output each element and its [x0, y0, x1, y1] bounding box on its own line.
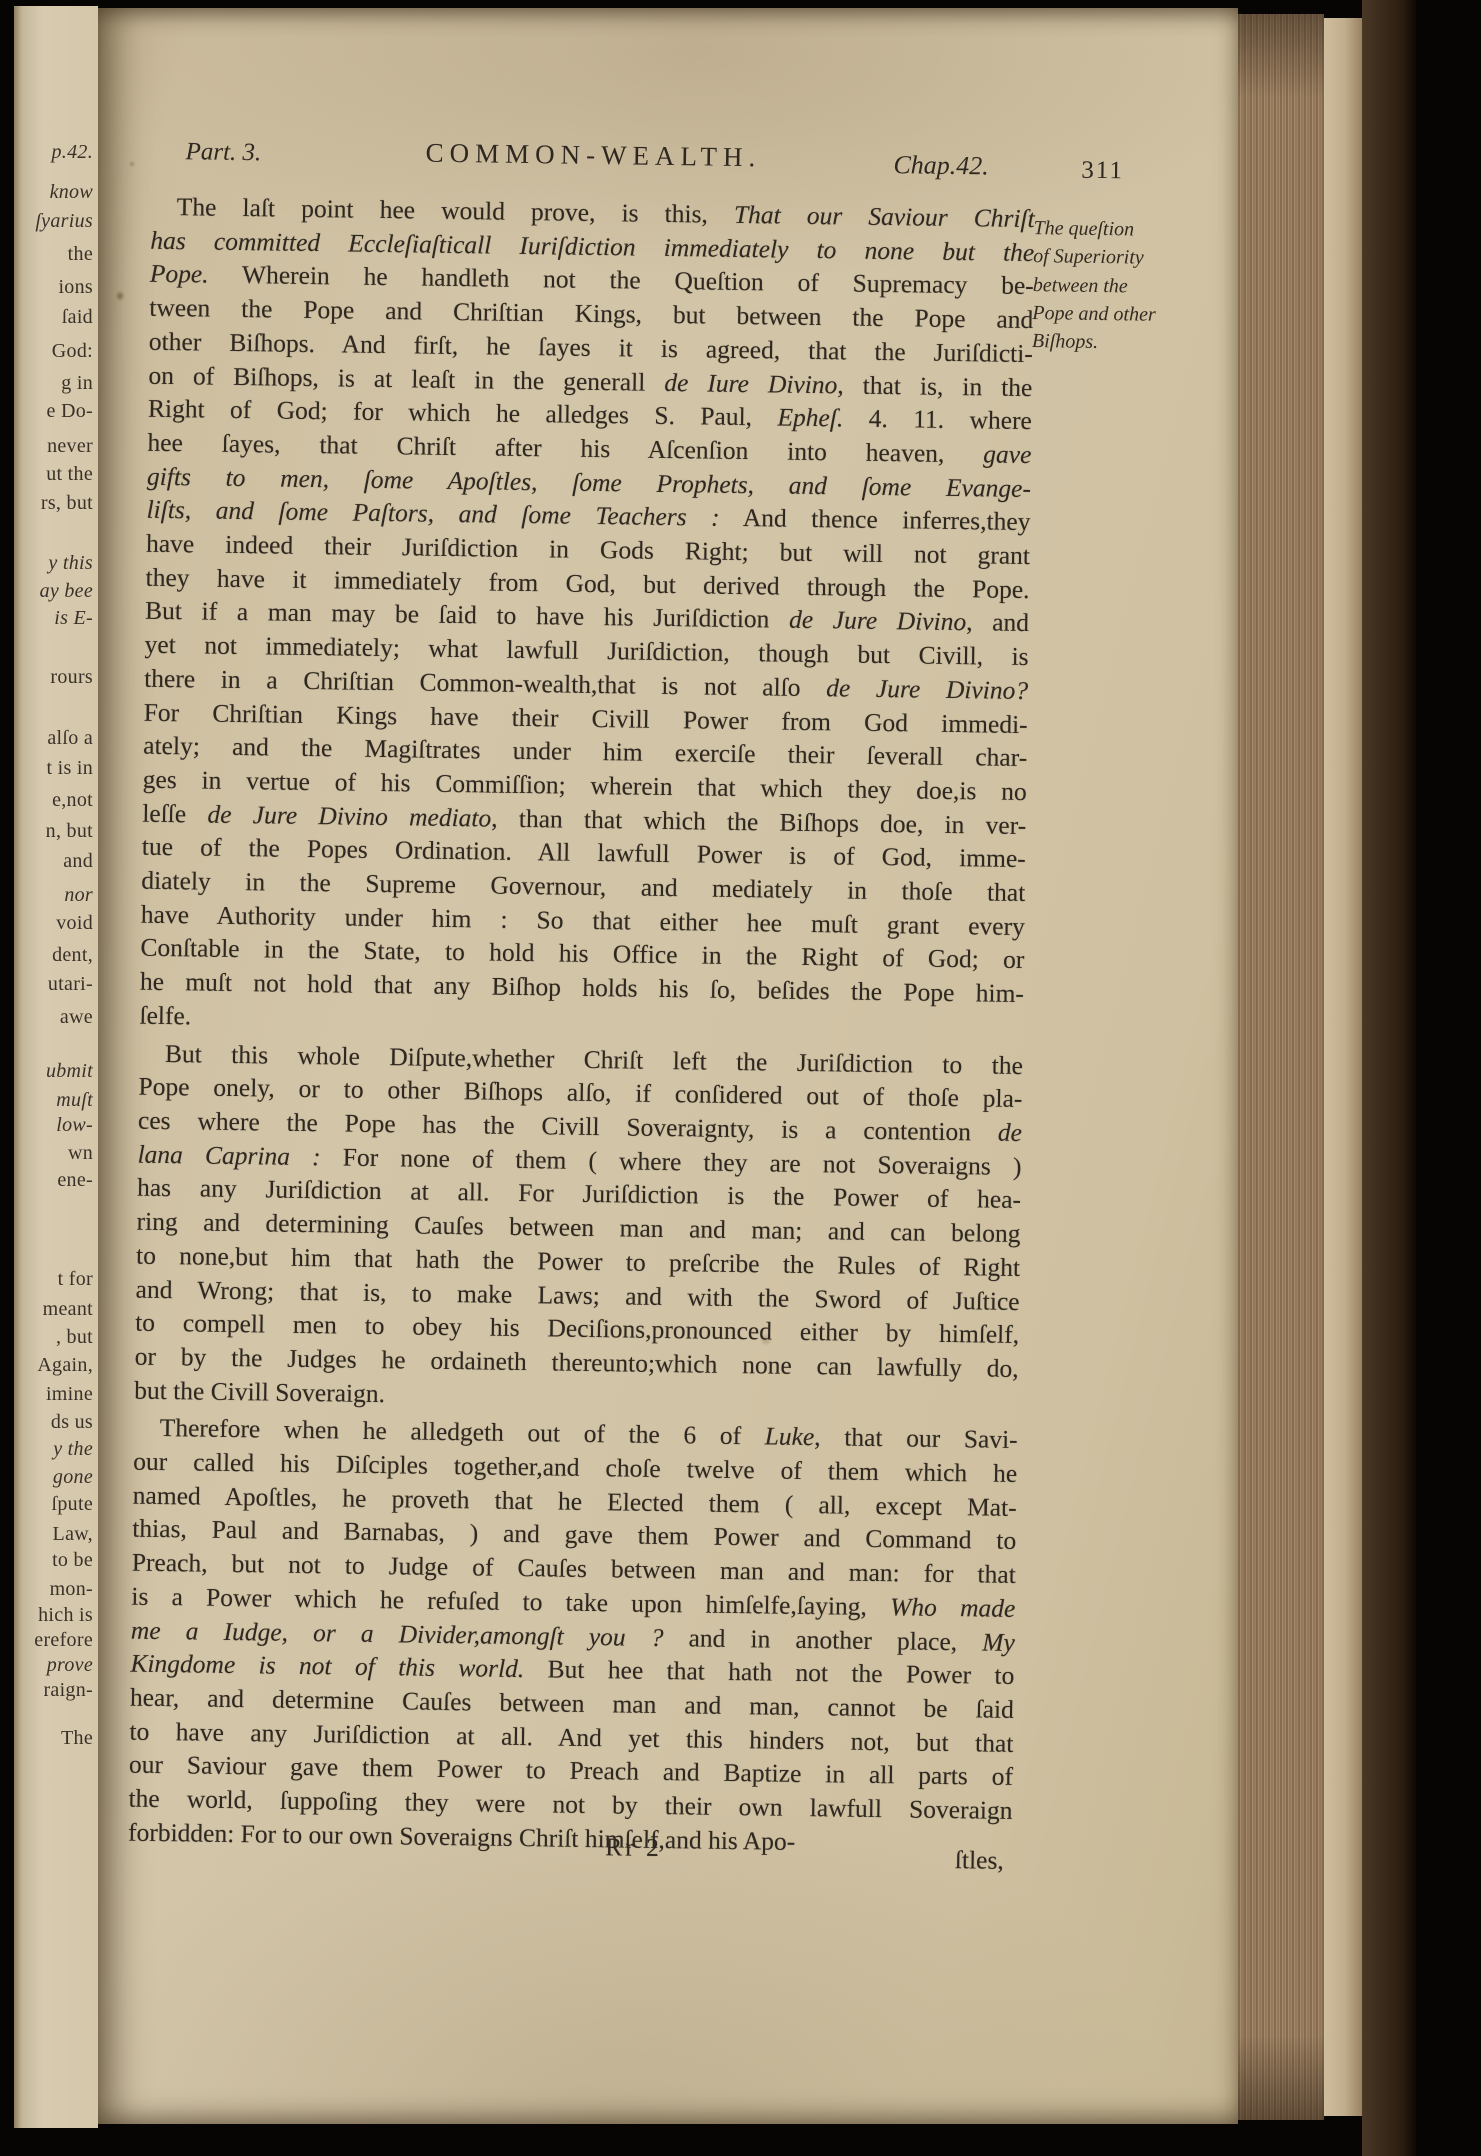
header-chapter: Chap.42. [893, 150, 989, 181]
edge-fragment: n, but [46, 820, 93, 843]
edge-fragment: dent, [52, 944, 93, 967]
margin-note-line: Biſhops. [1032, 327, 1202, 358]
edge-fragment: y this [48, 552, 93, 575]
edge-fragment: rs, but [41, 492, 93, 515]
page-content: Part. 3. COMMON-WEALTH. Chap.42. 311 The… [103, 119, 1189, 2034]
edge-fragment: ſpute [52, 1493, 94, 1516]
edge-fragment: muſt [56, 1089, 93, 1112]
fore-edge-pages [1238, 14, 1324, 2120]
edge-fragment: ions [58, 276, 93, 299]
edge-fragment: low- [56, 1114, 93, 1137]
edge-fragment: ay bee [40, 580, 93, 603]
edge-fragment: p.42. [52, 141, 94, 164]
edge-fragment: erefore [34, 1629, 93, 1652]
edge-fragment: Again, [37, 1354, 93, 1377]
body-text: The laſt point hee would prove, is this,… [128, 190, 1035, 1862]
edge-fragment: imine [46, 1383, 93, 1406]
previous-page-edge: p.42.knowſyariustheionsſaidGod:g ine Do-… [14, 6, 98, 2128]
edge-fragment: raign- [43, 1679, 93, 1702]
edge-fragment: The [61, 1727, 93, 1750]
margin-note: The queſtionof Superioritybetween thePop… [1032, 214, 1204, 358]
paragraph: The laſt point hee would prove, is this,… [139, 190, 1035, 1045]
edge-fragment: alſo a [47, 727, 93, 750]
page-number: 311 [1081, 157, 1124, 186]
edge-fragment: ut the [46, 463, 93, 486]
signature-mark: Rr 2 [605, 1830, 662, 1872]
edge-fragment: , but [56, 1326, 93, 1349]
edge-fragment: prove [47, 1654, 93, 1677]
margin-note-line: between the [1033, 271, 1203, 302]
edge-fragment: God: [52, 340, 93, 363]
edge-fragment: y the [53, 1438, 93, 1461]
edge-fragment: to be [52, 1549, 93, 1572]
edge-fragment: utari- [48, 973, 93, 996]
header-title: COMMON-WEALTH. [425, 138, 761, 174]
edge-fragment: awe [60, 1006, 93, 1029]
edge-fragment: void [56, 912, 93, 935]
margin-note-line: The queſtion [1033, 214, 1203, 245]
catchword: ſtles, [955, 1843, 1004, 1877]
edge-fragment: ds us [51, 1411, 93, 1434]
paragraph: Therefore when he alledgeth out of the 6… [128, 1411, 1018, 1861]
paragraph: But this whole Diſpute,whether Chriſt le… [134, 1036, 1023, 1419]
edge-fragment: g in [61, 372, 93, 395]
edge-fragment: the [68, 243, 93, 266]
edge-fragment: ſaid [62, 306, 93, 329]
edge-fragment: t is in [46, 757, 93, 780]
edge-fragment: ſyarius [35, 210, 93, 233]
edge-fragment: Law, [53, 1523, 93, 1546]
edge-fragment: t for [58, 1268, 93, 1291]
edge-fragment: and [63, 850, 93, 873]
margin-note-line: of Superiority [1033, 242, 1203, 273]
edge-fragment: wn [68, 1142, 93, 1165]
edge-fragment: e Do- [47, 400, 93, 423]
signature-wrap [130, 119, 1014, 131]
edge-fragment: ene- [57, 1169, 93, 1192]
edge-fragment: know [50, 181, 93, 204]
book-photo: p.42.knowſyariustheionsſaidGod:g ine Do-… [0, 0, 1481, 2156]
edge-fragment: rours [50, 666, 93, 689]
edge-fragment: mon- [50, 1578, 93, 1601]
edge-fragment: never [47, 435, 93, 458]
edge-fragment: e,not [52, 789, 93, 812]
edge-fragment: hich is [38, 1604, 93, 1627]
page-block-edge [1324, 18, 1362, 2116]
edge-fragment: ubmit [46, 1060, 93, 1083]
margin-note-line: Pope and other [1032, 299, 1202, 330]
edge-fragment: nor [64, 884, 93, 907]
header-part: Part. 3. [185, 138, 261, 167]
book-cover-edge [1362, 0, 1416, 2156]
book-page: Part. 3. COMMON-WEALTH. Chap.42. 311 The… [98, 8, 1238, 2124]
edge-fragment: is E- [54, 607, 93, 630]
edge-fragment: gone [53, 1466, 93, 1489]
edge-fragment: meant [43, 1298, 93, 1321]
